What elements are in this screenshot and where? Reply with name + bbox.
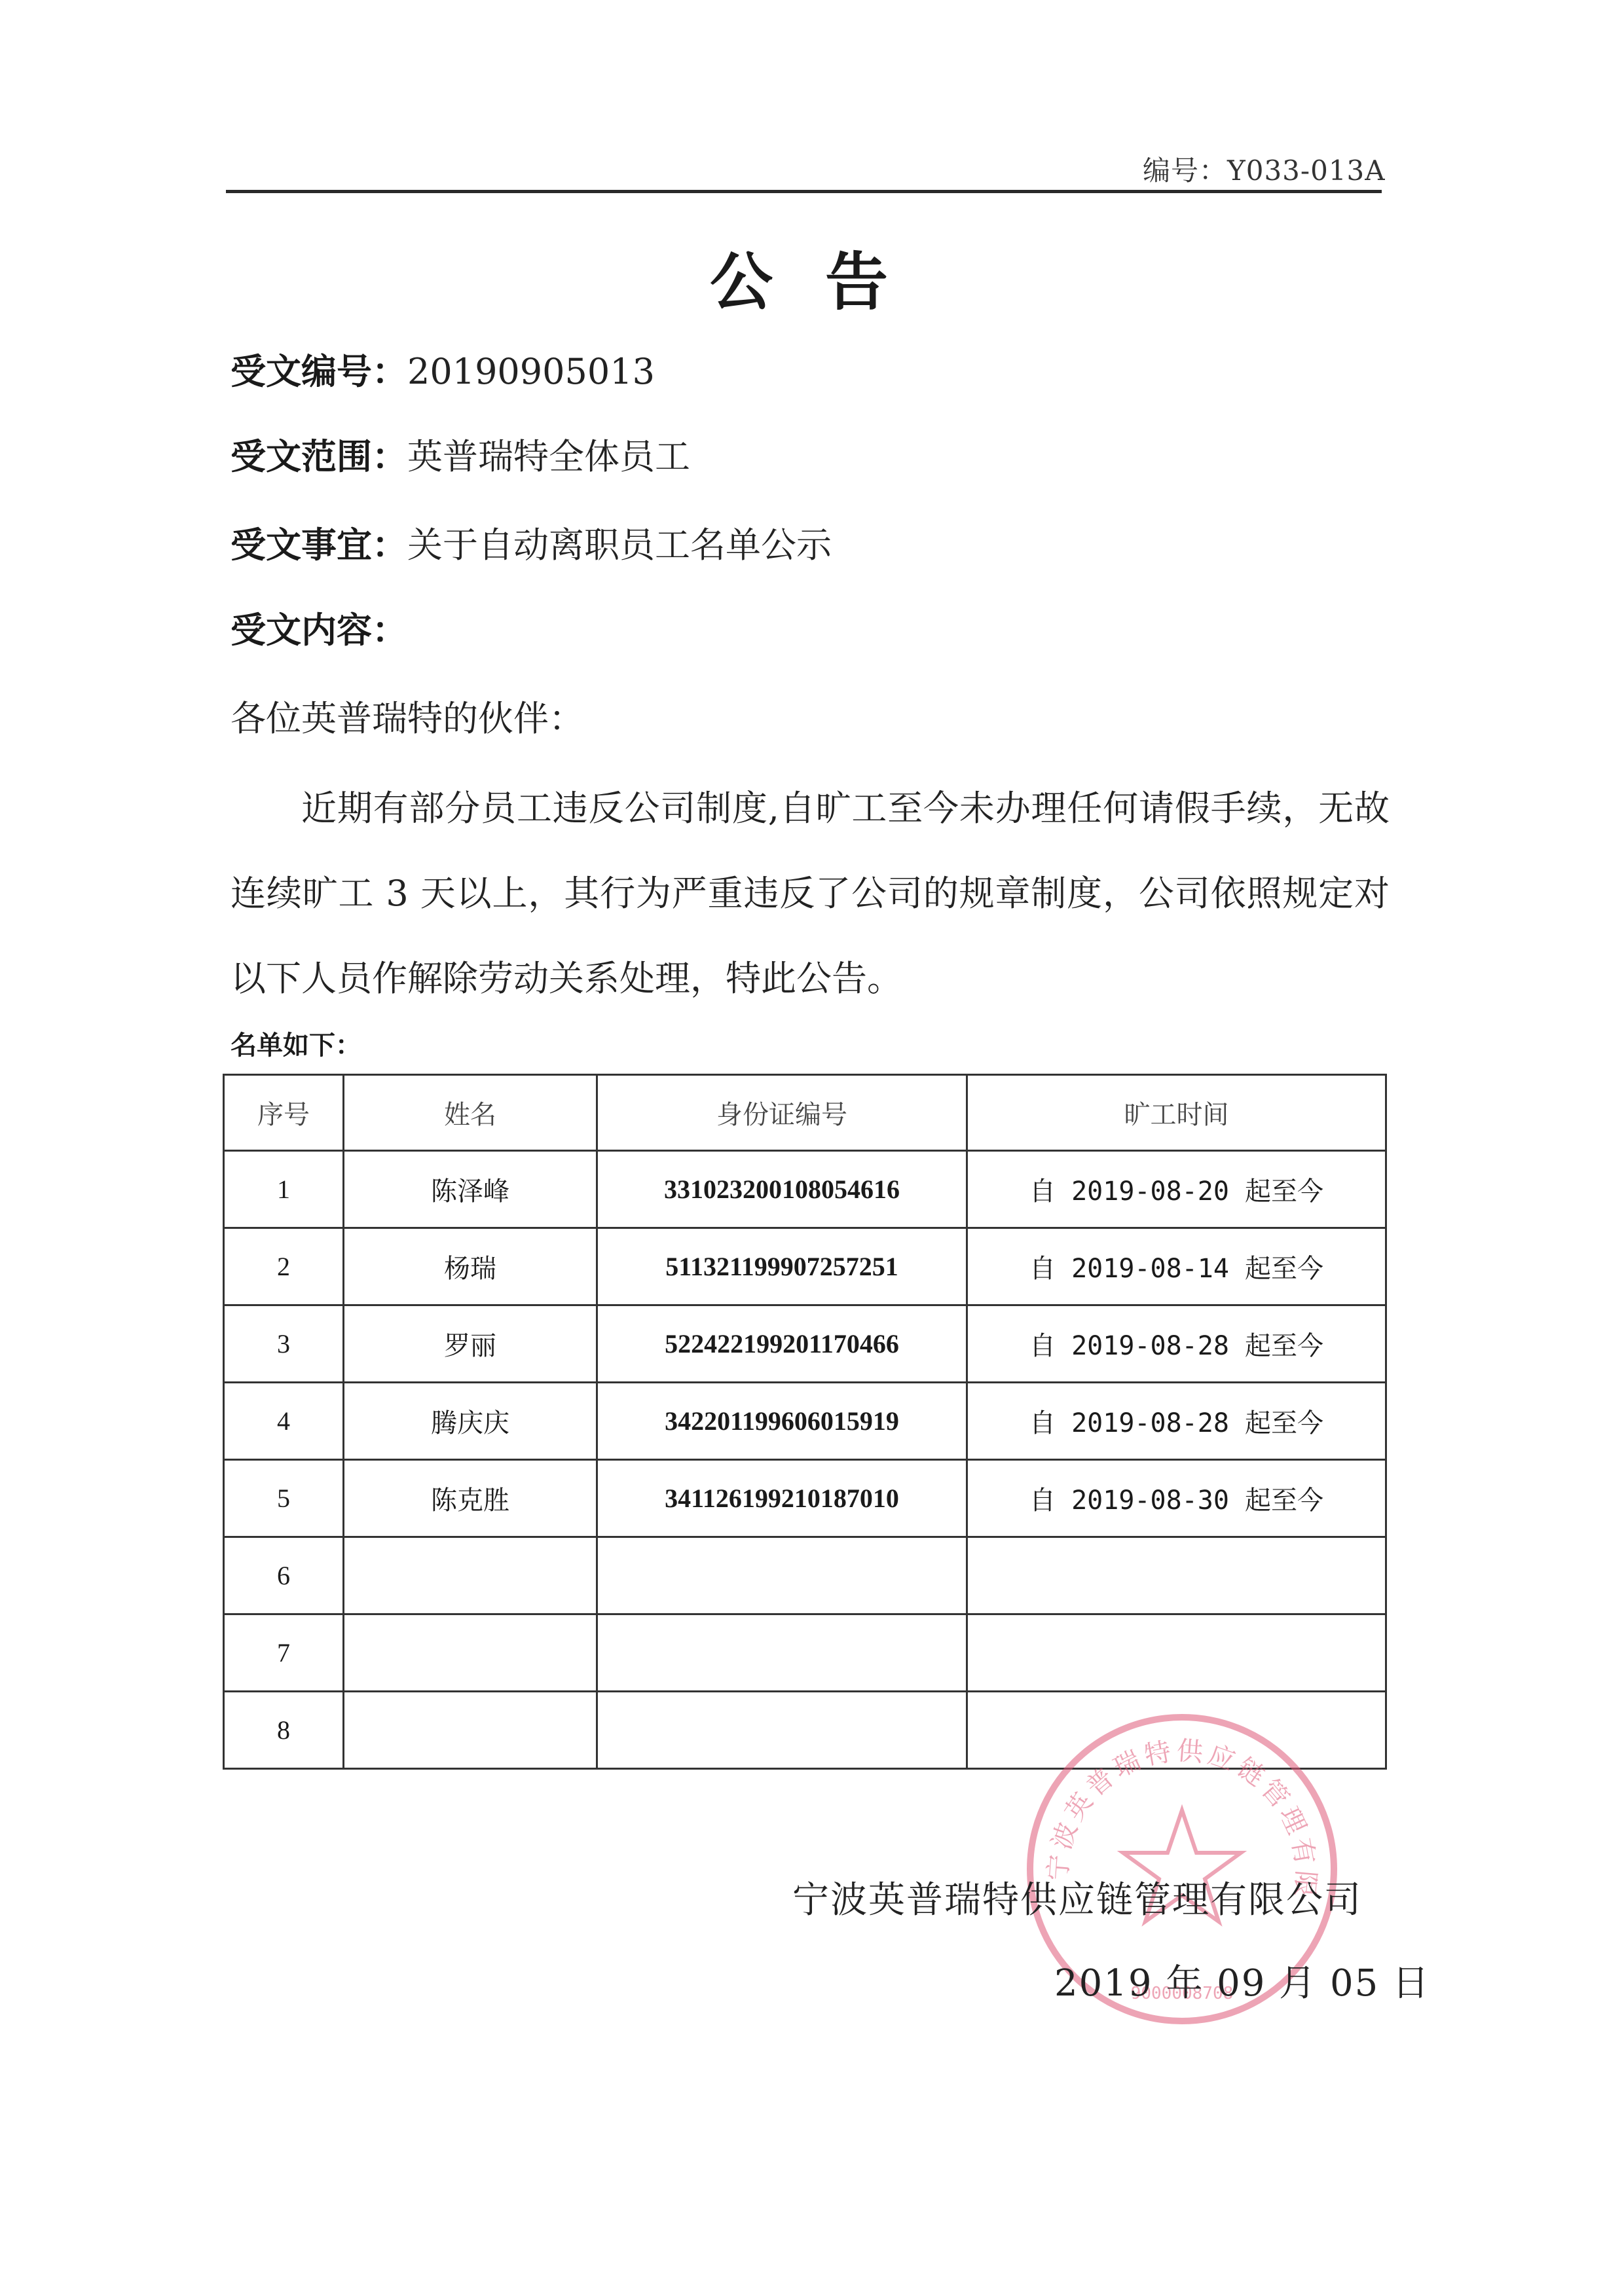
cell-name: 腾庆庆	[344, 1383, 597, 1460]
table-row: 6	[224, 1537, 1386, 1614]
cell-index: 4	[224, 1383, 344, 1460]
cell-id-number: 522422199201170466	[597, 1305, 967, 1383]
issue-date: 2019 年 09 月 05 日	[1054, 1954, 1430, 2007]
table-row: 1 陈泽峰 331023200108054616 自 2019-08-20 起至…	[224, 1151, 1386, 1228]
cell-index: 1	[224, 1151, 344, 1228]
field-doc-number: 受文编号：20190905013	[231, 344, 655, 394]
cell-id-number: 341126199210187010	[597, 1460, 967, 1537]
field-label: 受文内容：	[231, 610, 407, 651]
table-row: 4 腾庆庆 342201199606015919 自 2019-08-28 起至…	[224, 1383, 1386, 1460]
body-paragraph: 近期有部分员工违反公司制度,自旷工至今未办理任何请假手续，无故连续旷工 3 天以…	[231, 766, 1390, 1021]
cell-index: 5	[224, 1460, 344, 1537]
table-row: 2 杨瑞 511321199907257251 自 2019-08-14 起至今	[224, 1228, 1386, 1305]
cell-index: 2	[224, 1228, 344, 1305]
header-rule	[226, 190, 1382, 193]
document-number: 编号：Y033-013A	[1143, 149, 1386, 189]
cell-absent-since	[967, 1537, 1386, 1614]
cell-name: 陈克胜	[344, 1460, 597, 1537]
cell-absent-since: 自 2019-08-28 起至今	[967, 1383, 1386, 1460]
cell-id-number	[597, 1537, 967, 1614]
field-value: 20190905013	[407, 351, 655, 392]
cell-id-number: 511321199907257251	[597, 1228, 967, 1305]
field-content: 受文内容：	[231, 602, 407, 653]
employee-table: 序号 姓名 身份证编号 旷工时间 1 陈泽峰 33102320010805461…	[223, 1074, 1387, 1770]
cell-absent-since	[967, 1614, 1386, 1692]
table-row: 3 罗丽 522422199201170466 自 2019-08-28 起至今	[224, 1305, 1386, 1383]
cell-absent-since: 自 2019-08-28 起至今	[967, 1305, 1386, 1383]
cell-name	[344, 1692, 597, 1769]
cell-name: 杨瑞	[344, 1228, 597, 1305]
list-label: 名单如下：	[231, 1025, 361, 1062]
field-value: 关于自动离职员工名单公示	[407, 524, 832, 566]
field-scope: 受文范围：英普瑞特全体员工	[231, 429, 690, 479]
cell-id-number: 342201199606015919	[597, 1383, 967, 1460]
table-row: 7	[224, 1614, 1386, 1692]
cell-index: 3	[224, 1305, 344, 1383]
cell-index: 6	[224, 1537, 344, 1614]
cell-name: 罗丽	[344, 1305, 597, 1383]
page-title: 公告	[0, 232, 1624, 322]
document-number-value: Y033-013A	[1227, 155, 1386, 187]
table-row: 5 陈克胜 341126199210187010 自 2019-08-30 起至…	[224, 1460, 1386, 1537]
cell-id-number: 331023200108054616	[597, 1151, 967, 1228]
company-name: 宁波英普瑞特供应链管理有限公司	[792, 1871, 1362, 1923]
greeting: 各位英普瑞特的伙伴：	[231, 691, 584, 741]
cell-id-number	[597, 1614, 967, 1692]
cell-id-number	[597, 1692, 967, 1769]
cell-absent-since: 自 2019-08-30 起至今	[967, 1460, 1386, 1537]
field-value: 英普瑞特全体员工	[407, 436, 690, 477]
cell-name	[344, 1537, 597, 1614]
cell-name: 陈泽峰	[344, 1151, 597, 1228]
cell-absent-since: 自 2019-08-14 起至今	[967, 1228, 1386, 1305]
header-id-number: 身份证编号	[597, 1075, 967, 1151]
field-label: 受文事宜：	[231, 524, 407, 566]
cell-name	[344, 1614, 597, 1692]
document-number-label: 编号：	[1143, 155, 1227, 187]
table-header-row: 序号 姓名 身份证编号 旷工时间	[224, 1075, 1386, 1151]
header-name: 姓名	[344, 1075, 597, 1151]
cell-absent-since: 自 2019-08-20 起至今	[967, 1151, 1386, 1228]
field-subject: 受文事宜：关于自动离职员工名单公示	[231, 517, 832, 568]
cell-index: 7	[224, 1614, 344, 1692]
header-index: 序号	[224, 1075, 344, 1151]
field-label: 受文范围：	[231, 436, 407, 477]
header-absent-since: 旷工时间	[967, 1075, 1386, 1151]
field-label: 受文编号：	[231, 351, 407, 392]
cell-index: 8	[224, 1692, 344, 1769]
